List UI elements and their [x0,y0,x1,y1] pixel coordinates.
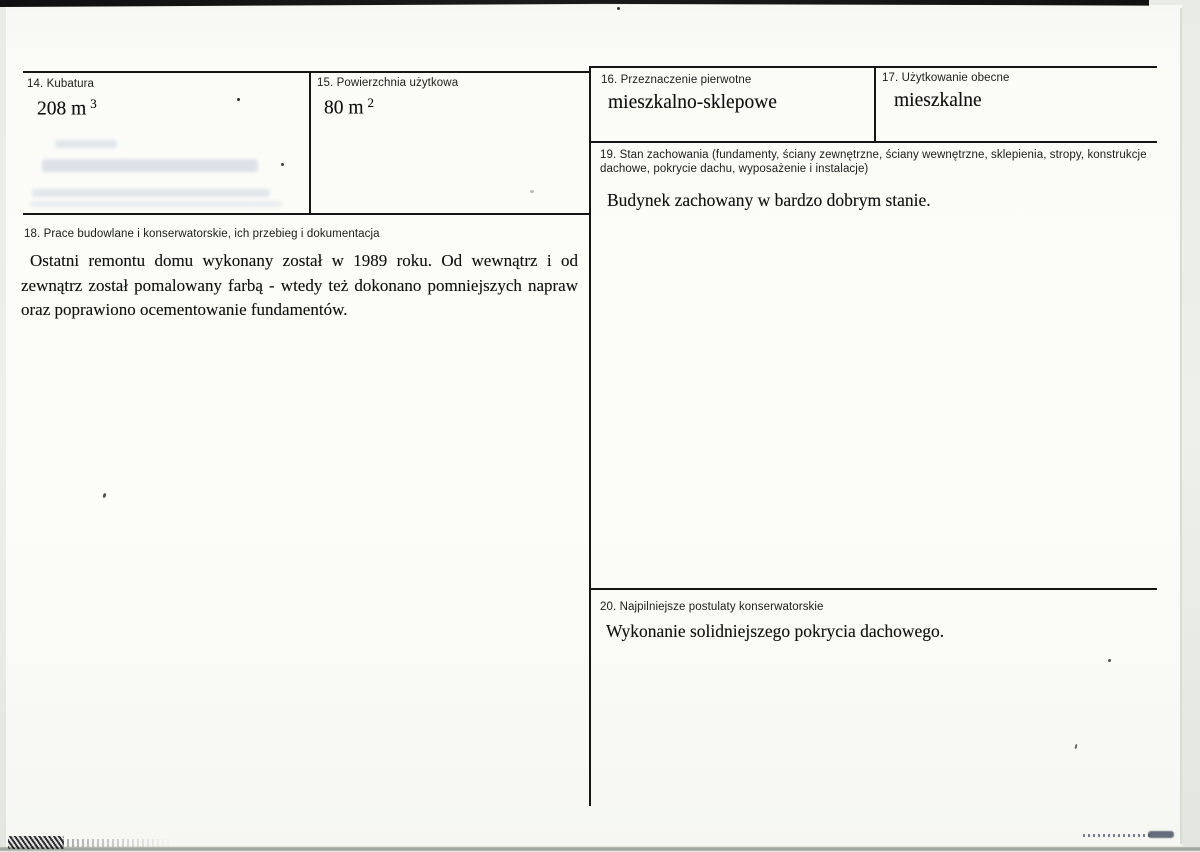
scan-bottom-band-artifact [0,847,1200,851]
scan-smudge-bottom-right [1148,831,1174,838]
field-18-value: Ostatni remontu domu wykonany został w 1… [21,249,578,323]
scan-dotted-line-bottom-right [1083,834,1153,837]
field-20-value: Wykonanie solidniejszego pokrycia dachow… [606,620,944,642]
scan-speck [1108,659,1111,662]
scan-speck [530,190,534,193]
table-line-right-row-divider [591,141,1157,143]
table-line-left-top [23,71,591,73]
field-17-label: 17. Użytkowanie obecne [882,71,1010,85]
ghost-text-artifact [55,140,117,148]
table-line-divider-14-15 [309,71,311,215]
field-15-value-exponent: 2 [368,95,375,110]
field-14-value-exponent: 3 [90,96,97,111]
field-20-label: 20. Najpilniejsze postulaty konserwators… [600,600,824,614]
scan-speck [237,98,240,101]
field-19-value: Budynek zachowany w bardzo dobrym stanie… [607,189,931,211]
ghost-text-artifact [30,201,282,207]
field-14-label: 14. Kubatura [27,77,94,91]
table-line-divider-16-17 [874,66,876,143]
scan-smudge-bottom-left-fade [62,839,174,847]
field-15-value-base: 80 m [324,98,364,119]
table-line-left-row-divider [23,213,591,215]
table-line-center-vertical [589,66,591,806]
field-14-value-base: 208 m [37,99,86,120]
scan-speck [281,163,284,166]
scan-smudge-bottom-left [8,836,64,849]
ghost-text-artifact [42,159,258,172]
field-19-label: 19. Stan zachowania (fundamenty, ściany … [600,148,1154,176]
scan-speck [617,7,620,10]
ghost-text-artifact [32,189,270,197]
table-line-divider-19-20 [591,588,1157,590]
field-16-label: 16. Przeznaczenie pierwotne [601,73,751,87]
field-15-value: 80 m2 [324,91,374,120]
field-16-value: mieszkalno-sklepowe [608,92,777,114]
field-14-value: 208 m3 [37,92,97,121]
paper-page [6,5,1182,846]
field-18-label: 18. Prace budowlane i konserwatorskie, i… [24,227,380,241]
page-edge-shadow [1180,8,1182,844]
field-15-label: 15. Powierzchnia użytkowa [317,76,458,90]
scanned-document: 14. Kubatura 208 m3 15. Powierzchnia uży… [0,0,1200,852]
field-17-value: mieszkalne [894,90,982,112]
